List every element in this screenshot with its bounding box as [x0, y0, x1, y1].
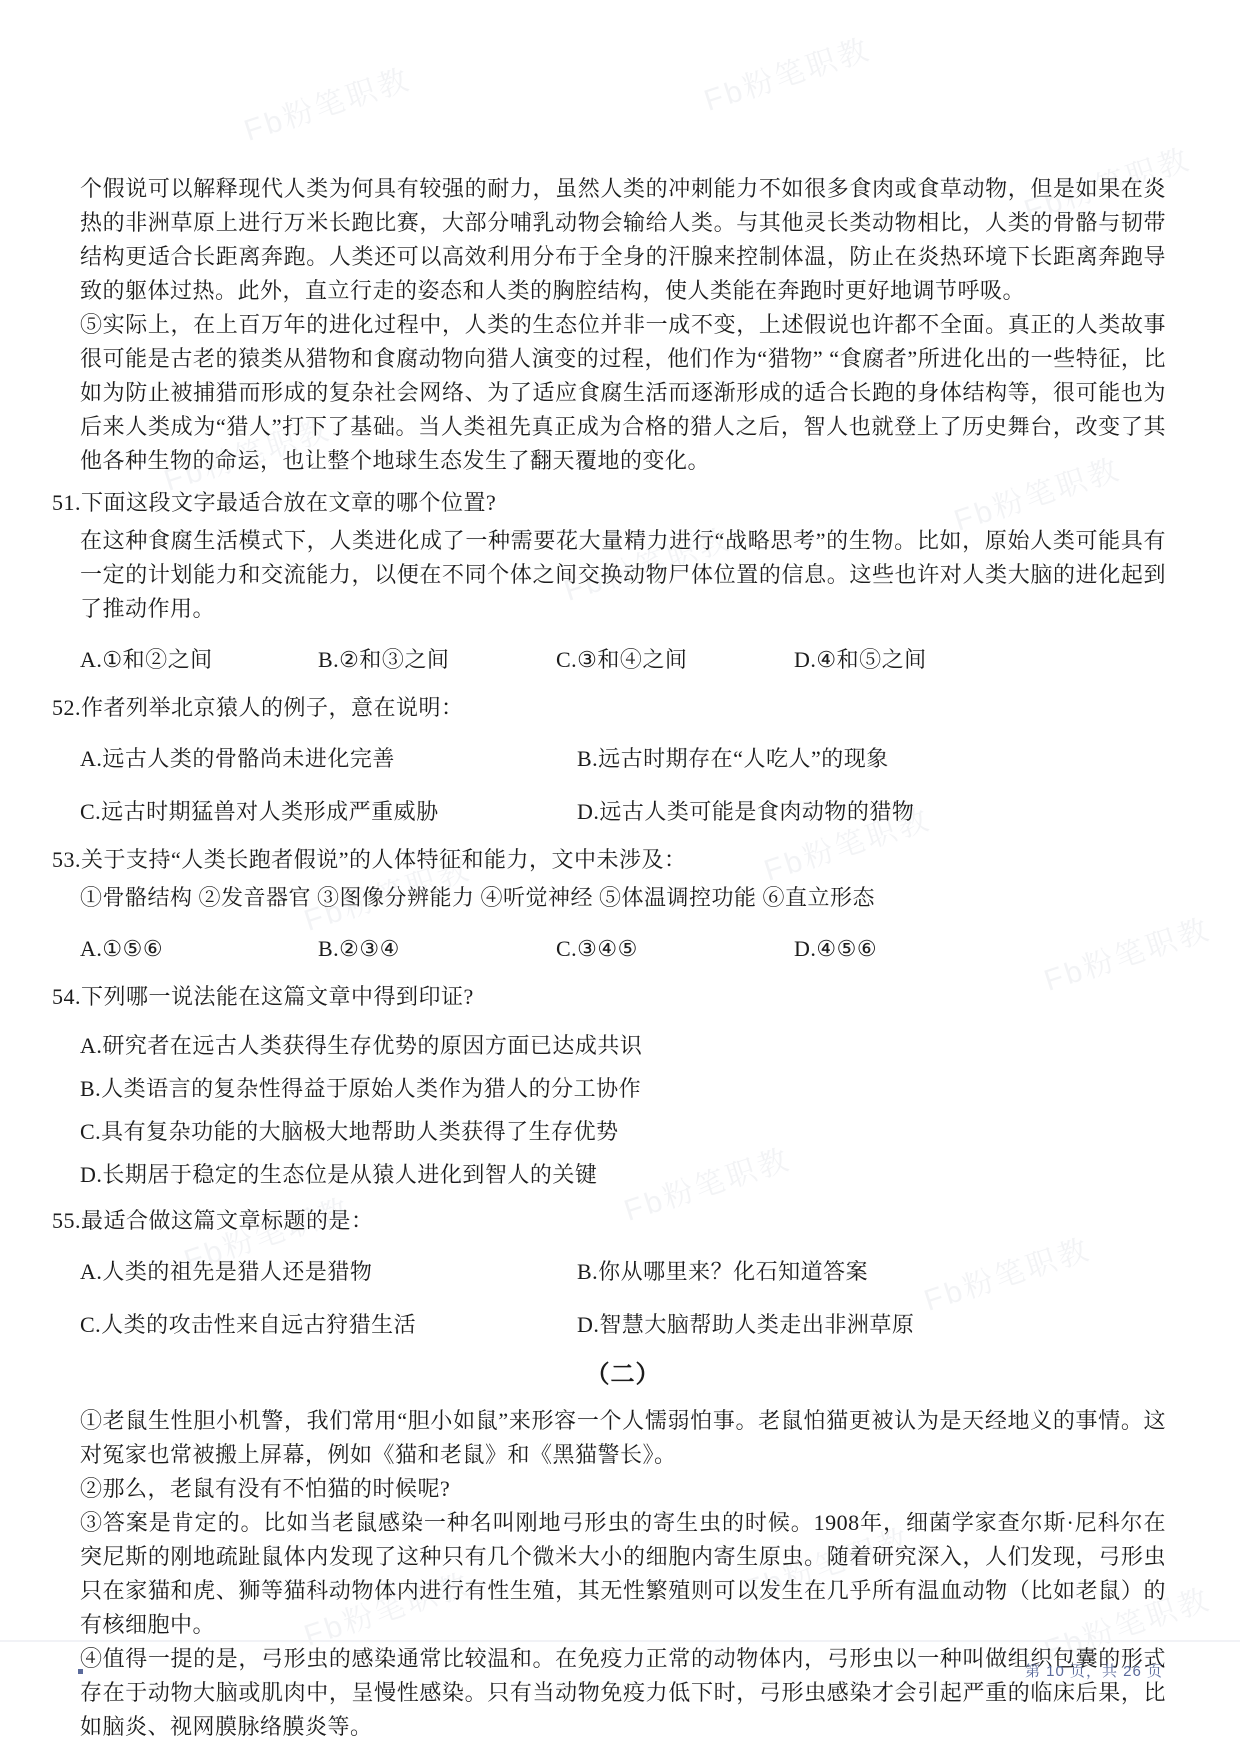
question-stem: 最适合做这篇文章标题的是：: [81, 1208, 374, 1233]
watermark: Fb粉笔职教: [697, 24, 875, 119]
option-c: C.③和④之间: [556, 643, 794, 677]
page-number: 第 10 页，共 26 页: [1025, 1660, 1163, 1681]
question-number: 52.: [52, 691, 81, 725]
option-c: C.人类的攻击性来自远古狩猎生活: [80, 1308, 577, 1342]
option-a: A.①⑤⑥: [80, 932, 318, 966]
option-c: C.具有复杂功能的大脑极大地帮助人类获得了生存优势: [80, 1115, 1166, 1149]
option-b: B.人类语言的复杂性得益于原始人类作为猎人的分工协作: [80, 1072, 1166, 1106]
question-53-items: ①骨骼结构 ②发音器官 ③图像分辨能力 ④听觉神经 ⑤体温调控功能 ⑥直立形态: [80, 881, 1166, 915]
option-d: D.④⑤⑥: [794, 932, 877, 966]
option-b: B.②和③之间: [318, 643, 556, 677]
option-d: D.④和⑤之间: [794, 643, 927, 677]
footer-dot: [78, 1669, 83, 1674]
option-b: B.②③④: [318, 932, 556, 966]
question-number: 54.: [52, 980, 81, 1014]
section2-heading: （二）: [80, 1358, 1166, 1392]
question-52: 52.作者列举北京猿人的例子，意在说明： A.远古人类的骨骼尚未进化完善 B.远…: [80, 691, 1166, 829]
question-55: 55.最适合做这篇文章标题的是： A.人类的祖先是猎人还是猎物 B.你从哪里来？…: [80, 1204, 1166, 1342]
option-a: A.远古人类的骨骼尚未进化完善: [80, 742, 577, 776]
question-51: 51.下面这段文字最适合放在文章的哪个位置? 在这种食腐生活模式下，人类进化成了…: [80, 486, 1166, 677]
option-a: A.①和②之间: [80, 643, 318, 677]
exam-page: Fb粉笔职教 Fb粉笔职教 Fb粉笔职教 Fb粉笔职教 Fb粉笔职教 Fb粉笔职…: [0, 0, 1240, 1754]
option-c: C.远古时期猛兽对人类形成严重威胁: [80, 795, 577, 829]
section2-paragraph-4: ④值得一提的是，弓形虫的感染通常比较温和。在免疫力正常的动物体内，弓形虫以一种叫…: [80, 1642, 1166, 1744]
question-stem: 作者列举北京猿人的例子，意在说明：: [81, 695, 464, 720]
option-d: D.远古人类可能是食肉动物的猎物: [577, 795, 1166, 829]
option-c: C.③④⑤: [556, 932, 794, 966]
question-number: 51.: [52, 486, 81, 520]
question-51-options: A.①和②之间 B.②和③之间 C.③和④之间 D.④和⑤之间: [80, 643, 1166, 677]
passage1-paragraph-4: 个假说可以解释现代人类为何具有较强的耐力，虽然人类的冲刺能力不如很多食肉或食草动…: [80, 172, 1166, 308]
option-d: D.智慧大脑帮助人类走出非洲草原: [577, 1308, 1166, 1342]
question-number: 53.: [52, 843, 81, 877]
question-stem: 下列哪一说法能在这篇文章中得到印证?: [81, 984, 474, 1009]
question-stem: 关于支持“人类长跑者假说”的人体特征和能力，文中未涉及：: [81, 847, 687, 872]
question-53: 53.关于支持“人类长跑者假说”的人体特征和能力，文中未涉及： ①骨骼结构 ②发…: [80, 843, 1166, 966]
footer-separator: [0, 1640, 1240, 1642]
question-number: 55.: [52, 1204, 81, 1238]
question-55-options: A.人类的祖先是猎人还是猎物 B.你从哪里来？化石知道答案 C.人类的攻击性来自…: [80, 1255, 1166, 1342]
option-d: D.长期居于稳定的生态位是从猿人进化到智人的关键: [80, 1158, 1166, 1192]
option-b: B.你从哪里来？化石知道答案: [577, 1255, 1166, 1289]
section2-paragraph-3: ③答案是肯定的。比如当老鼠感染一种名叫刚地弓形虫的寄生虫的时候。1908年，细菌…: [80, 1506, 1166, 1642]
page-content: 个假说可以解释现代人类为何具有较强的耐力，虽然人类的冲刺能力不如很多食肉或食草动…: [80, 172, 1166, 1744]
passage1-paragraph-5: ⑤实际上，在上百万年的进化过程中，人类的生态位并非一成不变，上述假说也许都不全面…: [80, 308, 1166, 478]
question-stem: 下面这段文字最适合放在文章的哪个位置?: [81, 490, 496, 515]
option-a: A.研究者在远古人类获得生存优势的原因方面已达成共识: [80, 1029, 1166, 1063]
section2-paragraph-2: ②那么，老鼠有没有不怕猫的时候呢?: [80, 1472, 1166, 1506]
section2-paragraph-1: ①老鼠生性胆小机警，我们常用“胆小如鼠”来形容一个人懦弱怕事。老鼠怕猫更被认为是…: [80, 1404, 1166, 1472]
watermark: Fb粉笔职教: [237, 54, 415, 149]
question-53-options: A.①⑤⑥ B.②③④ C.③④⑤ D.④⑤⑥: [80, 932, 1166, 966]
question-54: 54.下列哪一说法能在这篇文章中得到印证? A.研究者在远古人类获得生存优势的原…: [80, 980, 1166, 1192]
question-54-options: A.研究者在远古人类获得生存优势的原因方面已达成共识 B.人类语言的复杂性得益于…: [80, 1029, 1166, 1192]
option-b: B.远古时期存在“人吃人”的现象: [577, 742, 1166, 776]
question-52-options: A.远古人类的骨骼尚未进化完善 B.远古时期存在“人吃人”的现象 C.远古时期猛…: [80, 742, 1166, 829]
question-51-quote: 在这种食腐生活模式下，人类进化成了一种需要花大量精力进行“战略思考”的生物。比如…: [80, 524, 1166, 626]
option-a: A.人类的祖先是猎人还是猎物: [80, 1255, 577, 1289]
